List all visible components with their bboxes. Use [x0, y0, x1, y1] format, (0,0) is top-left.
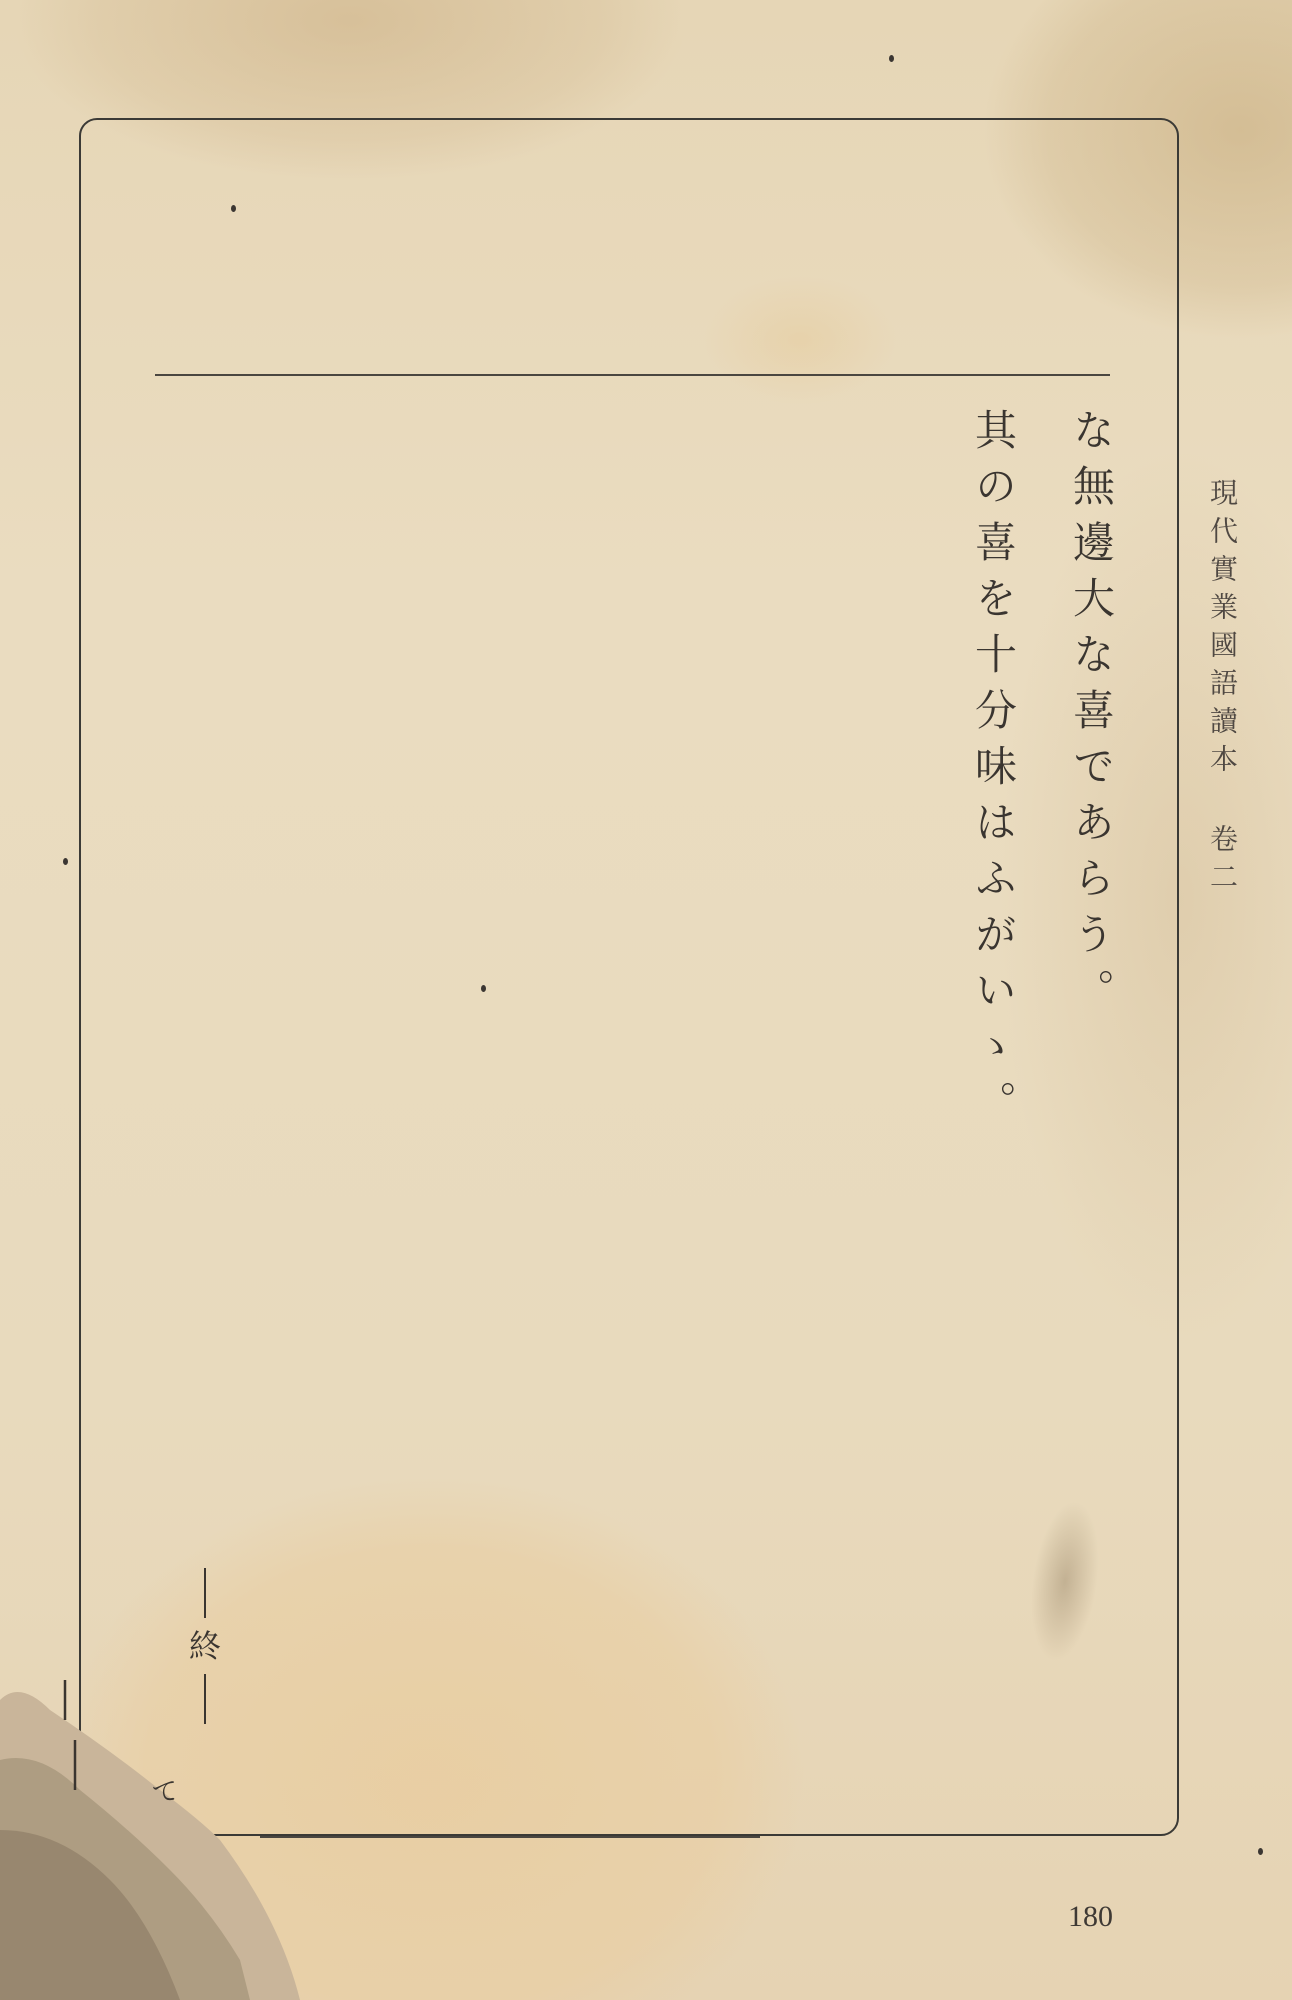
page-number: 180: [1068, 1900, 1113, 1934]
book-page: 現代實業國語讀本卷二 な無邊大な喜であらう。 其の喜を十分味はふがいゝ。 終 て…: [0, 0, 1292, 2000]
running-header: 現代實業國語讀本卷二: [1196, 478, 1236, 900]
running-header-volume: 卷二: [1206, 824, 1239, 900]
speck: [231, 205, 236, 212]
speck: [63, 858, 68, 865]
header-rule: [155, 374, 1110, 376]
speck: [481, 985, 486, 992]
body-text-column-2: 其の喜を十分味はふがいゝ。: [972, 408, 1014, 1136]
speck: [1258, 1848, 1263, 1855]
speck: [889, 55, 894, 62]
frame-bottom-fragment: [260, 1836, 760, 1838]
running-header-title: 現代實業國語讀本: [1206, 478, 1239, 782]
body-text-column-1: な無邊大な喜であらう。: [1070, 408, 1112, 1024]
torn-corner-damage: [0, 1680, 320, 2000]
end-mark-glyph: 終: [189, 1630, 221, 1662]
end-mark-bar-top: [204, 1568, 207, 1618]
